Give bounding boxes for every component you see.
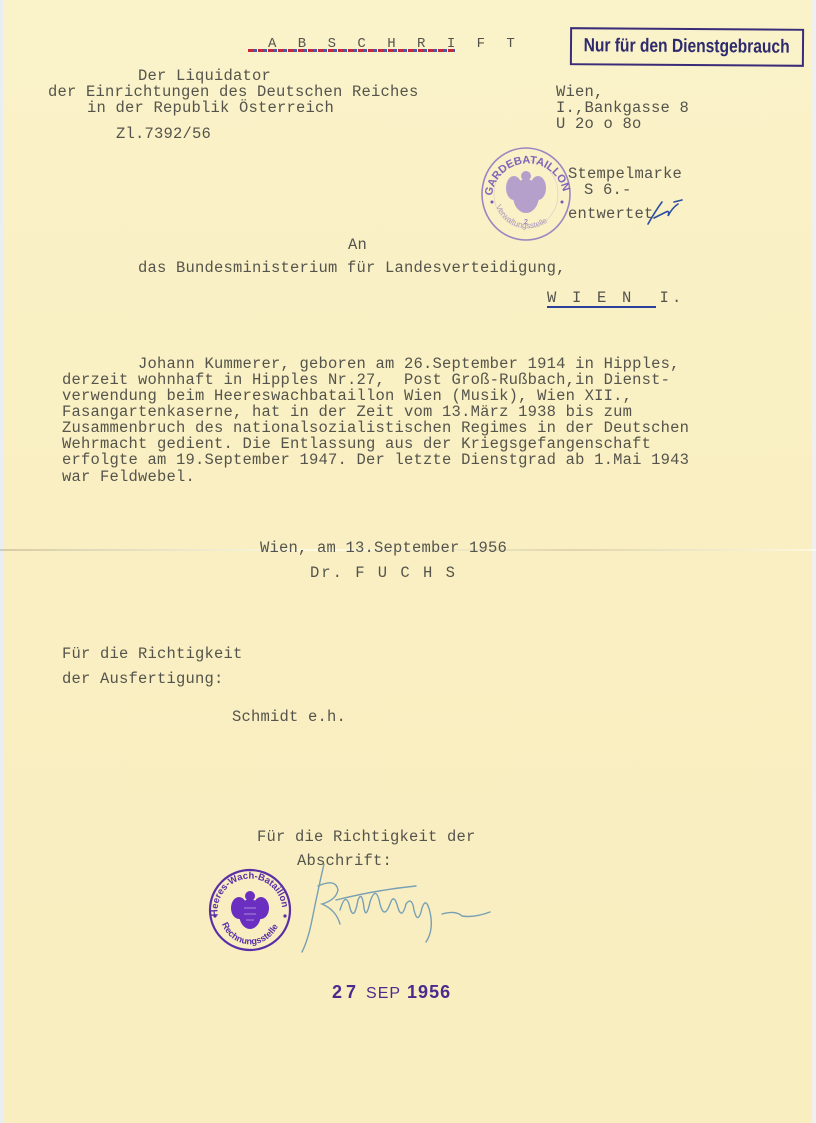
- recipient-name: das Bundesministerium für Landesverteidi…: [138, 260, 566, 277]
- date-stamp-year: 1956: [407, 982, 451, 1002]
- place-date: Wien, am 13.September 1956: [260, 540, 507, 557]
- document-page: A B S C H R I F T Nur für den Dienstgebr…: [0, 0, 816, 1123]
- certification1-line2: der Ausfertigung:: [62, 671, 224, 688]
- revenue-stamp-line2: S 6.-: [584, 182, 632, 199]
- page-edge-right: [812, 0, 816, 1123]
- recipient-city: W I E N I.: [547, 290, 685, 307]
- cancellation-initial-icon: [644, 196, 684, 228]
- received-date-stamp: 27SEP1956: [332, 982, 451, 1003]
- svg-text:2: 2: [524, 219, 528, 226]
- classification-stamp-text: Nur für den Dienstgebrauch: [584, 35, 790, 58]
- body-line: war Feldwebel.: [62, 469, 195, 486]
- certification1-line1: Für die Richtigkeit: [62, 646, 243, 663]
- certification2-line1: Für die Richtigkeit der: [257, 829, 476, 846]
- reference-number: Zl.7392/56: [116, 126, 211, 143]
- date-stamp-month: SEP: [366, 985, 401, 1002]
- certification1-name: Schmidt e.h.: [232, 709, 346, 726]
- signatory: Dr. F U C H S: [310, 565, 457, 582]
- classification-stamp: Nur für den Dienstgebrauch: [570, 27, 804, 67]
- gardebataillon-seal-icon: GARDEBATAILLON Verwaltungsstelle 2: [478, 140, 574, 244]
- recipient-city-underline: [547, 306, 656, 308]
- sender-line3: in der Republik Österreich: [87, 100, 334, 117]
- recipient-prefix: An: [348, 237, 367, 254]
- heeres-wach-bataillon-seal-icon: Heeres-Wach-Bataillon Rechnungsstelle: [206, 866, 294, 954]
- handwritten-signature-icon: [296, 860, 496, 960]
- date-stamp-day: 27: [332, 982, 360, 1002]
- page-edge-left: [0, 0, 3, 1123]
- body-line: erfolgte am 19.September 1947. Der letzt…: [62, 452, 689, 469]
- address-line3: U 2o o 8o: [556, 116, 642, 133]
- title-underline: [248, 49, 455, 52]
- revenue-stamp-line3: entwertet: [568, 206, 654, 223]
